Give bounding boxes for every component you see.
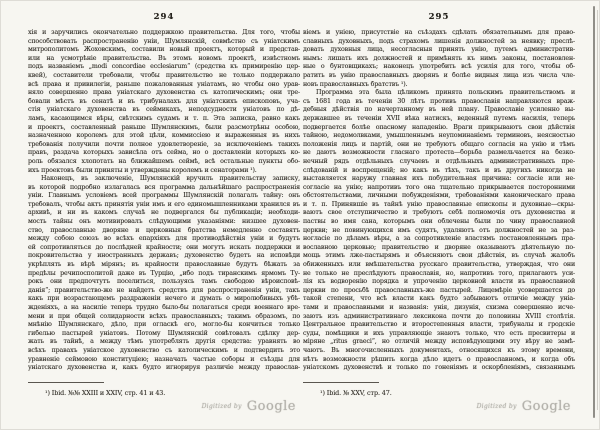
text-line: подъ названіемъ „modi concordiae ecclesi…	[28, 63, 300, 72]
watermark-prefix: Digitized by	[202, 403, 242, 410]
text-line: гибелью пастырей уніатовъ. Потому Шумлян…	[28, 330, 300, 339]
text-line: тами и православными и названія: унія, д…	[303, 304, 575, 313]
text-line: славныхъ духовныхъ, подъ страхомъ лишені…	[303, 38, 575, 47]
text-line: жать въ тайнѣ, а между тѣмъ употреблять …	[28, 338, 300, 347]
google-watermark: Digitized by Google	[202, 395, 296, 414]
text-line: нымъ: лишать ихъ должностей и примѣнять …	[303, 55, 575, 64]
text-line: между собою союзъ во всѣхъ епархіяхъ для…	[28, 235, 300, 244]
text-line: мость тайны онъ мотивировалъ слѣдующими …	[28, 218, 300, 227]
text-line: ламъ, касающимся вѣры, свѣтскимъ судамъ …	[28, 115, 300, 124]
text-line: Наконецъ, въ заключеніе, Шумлянскій вруч…	[28, 175, 300, 184]
text-line: ей сопротивляться до послѣдней крайности…	[28, 244, 300, 253]
text-line: рокъ они предпочтутъ поселиться, пользуя…	[28, 278, 300, 287]
text-line: паствы во имя сана, которымъ они облечен…	[303, 218, 575, 227]
text-line: чаютъ. Въ многочисленныхъ документахъ, о…	[303, 347, 575, 356]
text-line: нечный рядъ отдѣльныхъ случаевъ и отдѣль…	[303, 158, 575, 167]
text-line: довать духовныя лица, несогласныя принят…	[303, 46, 575, 55]
page-edge-shadow	[593, 6, 595, 418]
text-line: мнѣнію Шумлянскаго, дѣло, при огласкѣ ег…	[28, 321, 300, 330]
text-line: ство, православные дворяне и церковныя б…	[28, 227, 300, 236]
text-line: выставляется наружу главная ихъ побудите…	[303, 175, 575, 184]
text-line: ихъ проектовъ были приняты и утверждены …	[28, 167, 300, 176]
text-line: предѣлы речипосполитой даже въ Турцію, „…	[28, 270, 300, 279]
text-line: державшее въ теченіи XVII вѣка натискъ, …	[303, 115, 575, 124]
text-line: ратить въ унію православныхъ дворянъ и б…	[303, 72, 575, 81]
google-watermark: Digitized by Google	[477, 395, 571, 414]
text-line: мощь этимъ лже-пастырямъ и объясняютъ св…	[303, 252, 575, 261]
text-line: подвергается болѣе опасному нападенію. В…	[303, 124, 575, 133]
text-line: требовалъ, чтобы актъ принятія уніи имъ …	[28, 201, 300, 210]
text-line: какъ при возрастающемъ раздраженіи нечег…	[28, 295, 300, 304]
text-line: роль обязался хлопотать на ближайшемъ се…	[28, 158, 300, 167]
text-line: хія и заручились окончательно поддержкою…	[28, 29, 300, 38]
text-line: способствовать распространенію уніи, Шум…	[28, 38, 300, 47]
text-line: обстоятельствами, личными побужденіями, …	[303, 192, 575, 201]
text-line: бовали мѣстъ въ сенатѣ и въ трибуналахъ …	[28, 98, 300, 107]
text-line: няло совершенно права уніатскаго духовен…	[28, 89, 300, 98]
text-line: ногласіе по дѣламъ вѣры, а за сопротивле…	[303, 235, 575, 244]
text-line: церкви; не повинующихся имъ судятъ, удал…	[303, 227, 575, 236]
text-line: митрополитомъ Жоховскимъ, составили новы…	[28, 46, 300, 55]
text-line: архивѣ, и ни въ какомъ случаѣ не подверг…	[28, 209, 300, 218]
text-line: уравненіе сеймовою конституціею; назнача…	[28, 356, 300, 365]
text-line: положенія лицъ и партій, они не требуютъ…	[303, 141, 575, 150]
text-line: жденіяхъ, а на насиліе теперь трудно был…	[28, 304, 300, 313]
text-line: уніатскомъ духовенствѣ и только по гонен…	[303, 364, 575, 373]
text-line: требованія получили почти полное удовлет…	[28, 141, 300, 150]
text-line: уніатскаго духовенства и, какъ будто игн…	[28, 364, 300, 373]
text-line: правъ, раздача которыхъ зависѣла отъ сей…	[28, 149, 300, 158]
text-line: лія къ водворенію порядка и упроченію це…	[303, 278, 575, 287]
text-line: въ которой подробно излагалась вся прогр…	[28, 184, 300, 193]
text-line: назначенною королемъ для этой цѣли, комм…	[28, 132, 300, 141]
text-line: стія уніатскаго духовенства въ сеймикахъ…	[28, 106, 300, 115]
text-line: міряне „ritus graeci“, но отличій между …	[303, 338, 575, 347]
scanned-book-spread: { "pages": [ { "number": "294", "paragra…	[0, 0, 600, 430]
text-line: и проектъ, составленный раньше Шумлянски…	[28, 124, 300, 133]
text-line: дебныя дѣйствія по начертанному въ ней п…	[303, 106, 575, 115]
page-number: 294	[28, 12, 300, 22]
text-line: или на усмотрѣніе правительства. Въ этом…	[28, 55, 300, 64]
watermark-prefix: Digitized by	[477, 403, 517, 410]
text-line: не только не преслѣдуютъ православія, но…	[303, 270, 575, 279]
google-logo: Google	[522, 399, 571, 414]
text-line: мени и при общей солидарности всѣхъ прав…	[28, 313, 300, 322]
page-text: хія и заручились окончательно поддержкою…	[28, 29, 300, 373]
text-line: согласіе на унію; напротивъ того она тща…	[303, 184, 575, 193]
text-line: ваютъ свое отступничество и требуютъ себ…	[303, 209, 575, 218]
text-line: церкви по просьбѣ православныхъ-же пасты…	[303, 287, 575, 296]
google-logo: Google	[247, 399, 296, 414]
text-line: суды, помѣщики и ихъ управляющіе знаютъ …	[303, 330, 575, 339]
text-line: нѣтъ возможности рѣшить когда дѣло идетъ…	[303, 356, 575, 365]
text-line: заютъ изъ административнаго лексикона по…	[303, 313, 575, 322]
text-line: обиженныхъ или вмѣшательства русскаго пр…	[303, 261, 575, 270]
book-page-right: 295 віемъ и уніею, присутствіе на съѣзда…	[303, 0, 575, 430]
text-line: такой степени, что всѣ власти какъ будто…	[303, 295, 575, 304]
text-line: вославною церковью; правительство и двор…	[303, 244, 575, 253]
text-line: всѣ права и привилегіи, раньше пожалован…	[28, 81, 300, 90]
text-line: всѣхъ правахъ уніатское духовенство съ к…	[28, 347, 300, 356]
page-text: віемъ и уніею, присутствіе на съѣздахъ с…	[303, 29, 575, 373]
text-line: Программа эта была цѣликомъ принята поль…	[303, 89, 575, 98]
footnote-divider	[303, 382, 379, 383]
text-line: покровительства у иностранныхъ державъ; …	[28, 252, 300, 261]
text-line: віемъ и уніею, присутствіе на съѣздахъ с…	[303, 29, 575, 38]
text-line: квей), составители требовали, чтобы прав…	[28, 72, 300, 81]
text-line: уніи. Главнымъ условіемъ всей программы …	[28, 192, 300, 201]
text-line: съ 1681 года въ теченіи 30 лѣтъ противъ …	[303, 98, 575, 107]
text-line: и т. п. Принявшіе въ тайнѣ унію правосла…	[303, 201, 575, 210]
text-line: слѣдованій и воспрещеній; но какъ въ тѣх…	[303, 167, 575, 176]
text-line: укрѣплять въ вѣрѣ мірянъ; въ крайности п…	[28, 261, 300, 270]
text-line: новъ православныхъ братствъ ¹).	[303, 81, 575, 90]
text-line: ные о бунтовщикахъ; наконецъ употребить …	[303, 63, 575, 72]
book-page-left: 294 хія и заручились окончательно поддер…	[28, 0, 300, 430]
text-line: тайною, недомолвками, умышленнымъ неупом…	[303, 132, 575, 141]
page-number: 295	[303, 12, 575, 22]
text-line: данія“; правительство-же не найдетъ сред…	[28, 287, 300, 296]
text-line: Центральное правительство и второстепенн…	[303, 321, 575, 330]
footnote-divider	[28, 382, 104, 383]
page-edge-shadow-faint	[597, 10, 598, 410]
text-line: не даютъ возможности гласнаго протеста—б…	[303, 149, 575, 158]
